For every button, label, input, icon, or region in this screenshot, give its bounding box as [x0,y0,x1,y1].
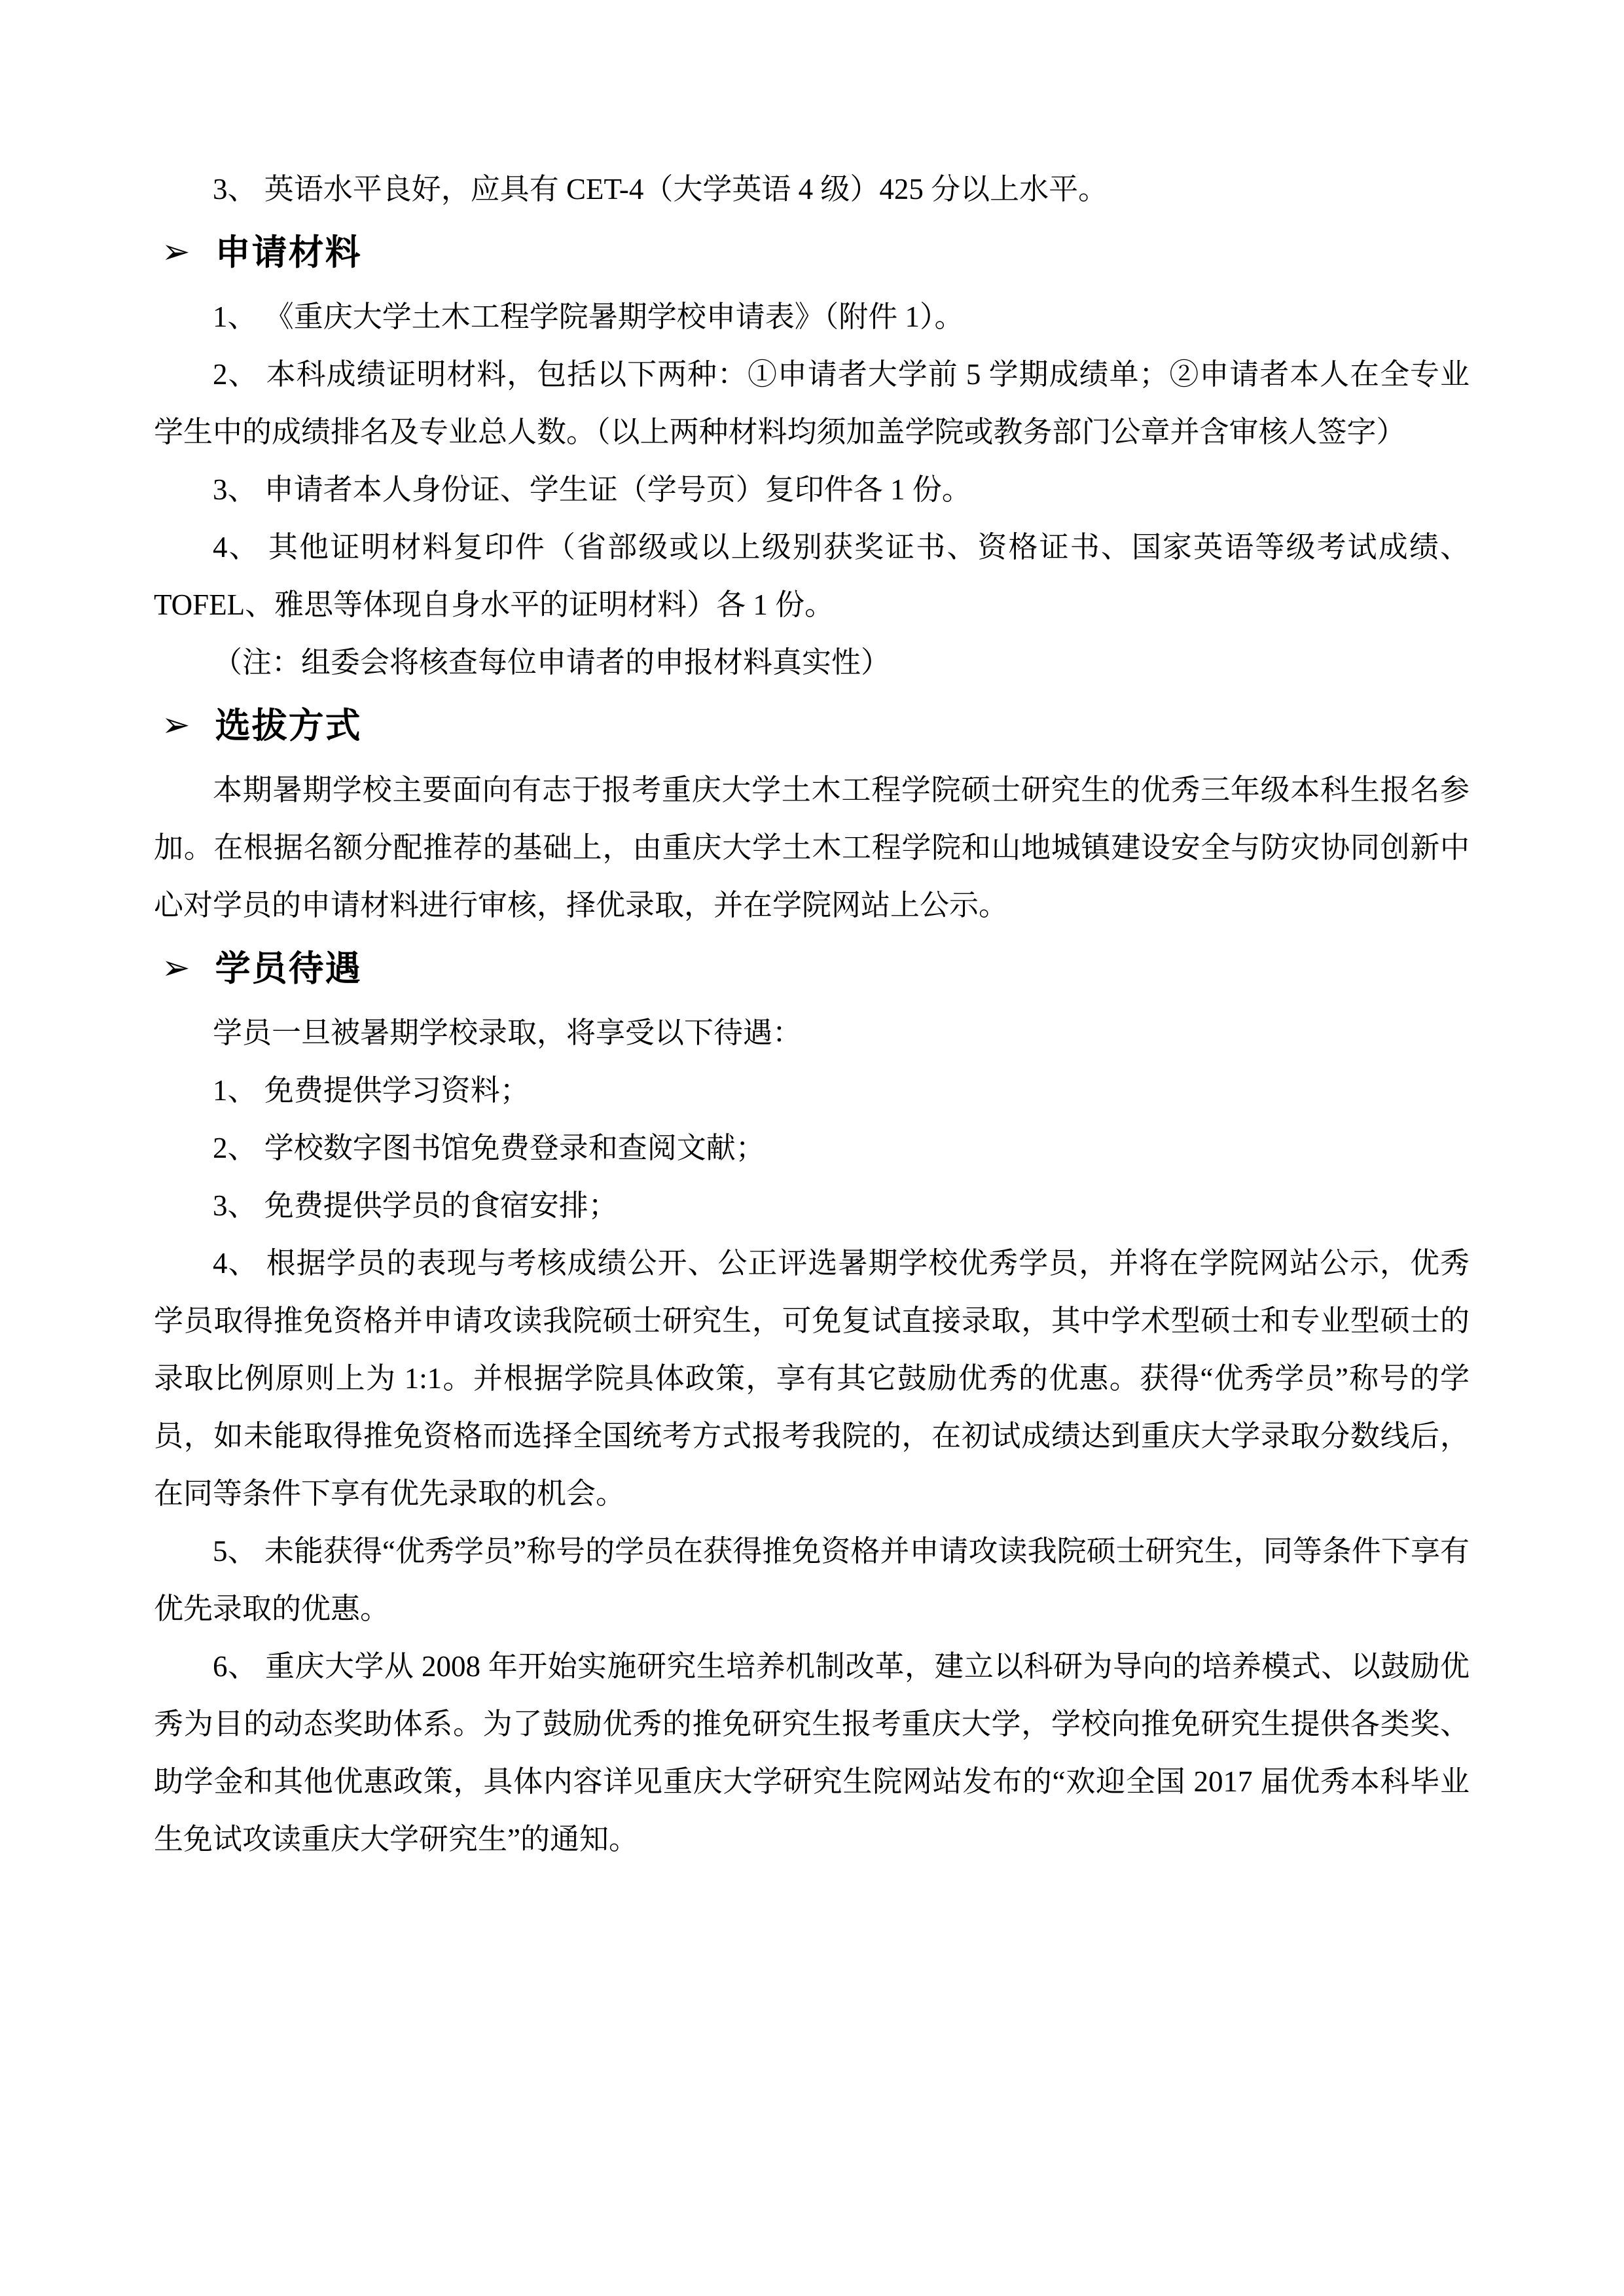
section-heading-label: 学员待遇 [215,934,362,1003]
paragraph: 3、 申请者本人身份证、学生证（学号页）复印件各 1 份。 [154,461,1470,518]
paragraph: 2、 学校数字图书馆免费登录和查阅文献； [154,1119,1470,1177]
paragraph: 4、 根据学员的表现与考核成绩公开、公正评选暑期学校优秀学员，并将在学院网站公示… [154,1234,1470,1522]
paragraph: 1、 免费提供学习资料； [154,1062,1470,1119]
paragraph: 2、 本科成绩证明材料，包括以下两种：①申请者大学前 5 学期成绩单；②申请者本… [154,346,1470,461]
paragraph: 5、 未能获得“优秀学员”称号的学员在获得推免资格并申请攻读我院硕士研究生，同等… [154,1522,1470,1638]
section-heading-label: 选拔方式 [215,691,362,761]
section-heading-label: 申请材料 [215,218,362,287]
paragraph: 6、 重庆大学从 2008 年开始实施研究生培养机制改革，建立以科研为导向的培养… [154,1638,1470,1868]
paragraph: 1、 《重庆大学土木工程学院暑期学校申请表》（附件 1）。 [154,288,1470,346]
section-heading: ➢选拔方式 [154,691,1470,761]
section-heading: ➢学员待遇 [154,934,1470,1004]
paragraph: 本期暑期学校主要面向有志于报考重庆大学土木工程学院硕士研究生的优秀三年级本科生报… [154,761,1470,934]
document-content: 3、 英语水平良好，应具有 CET-4（大学英语 4 级）425 分以上水平。➢… [154,160,1470,1868]
arrow-bullet-icon: ➢ [162,217,190,287]
section-heading: ➢申请材料 [154,218,1470,288]
paragraph: 3、 英语水平良好，应具有 CET-4（大学英语 4 级）425 分以上水平。 [154,160,1470,218]
paragraph: 学员一旦被暑期学校录取，将享受以下待遇： [154,1004,1470,1062]
paragraph: 4、 其他证明材料复印件（省部级或以上级别获奖证书、资格证书、国家英语等级考试成… [154,518,1470,634]
arrow-bullet-icon: ➢ [162,691,190,760]
paragraph: 3、 免费提供学员的食宿安排； [154,1177,1470,1234]
document-page: 3、 英语水平良好，应具有 CET-4（大学英语 4 级）425 分以上水平。➢… [0,0,1624,2296]
paragraph: （注：组委会将核查每位申请者的申报材料真实性） [154,634,1470,691]
arrow-bullet-icon: ➢ [162,933,190,1003]
